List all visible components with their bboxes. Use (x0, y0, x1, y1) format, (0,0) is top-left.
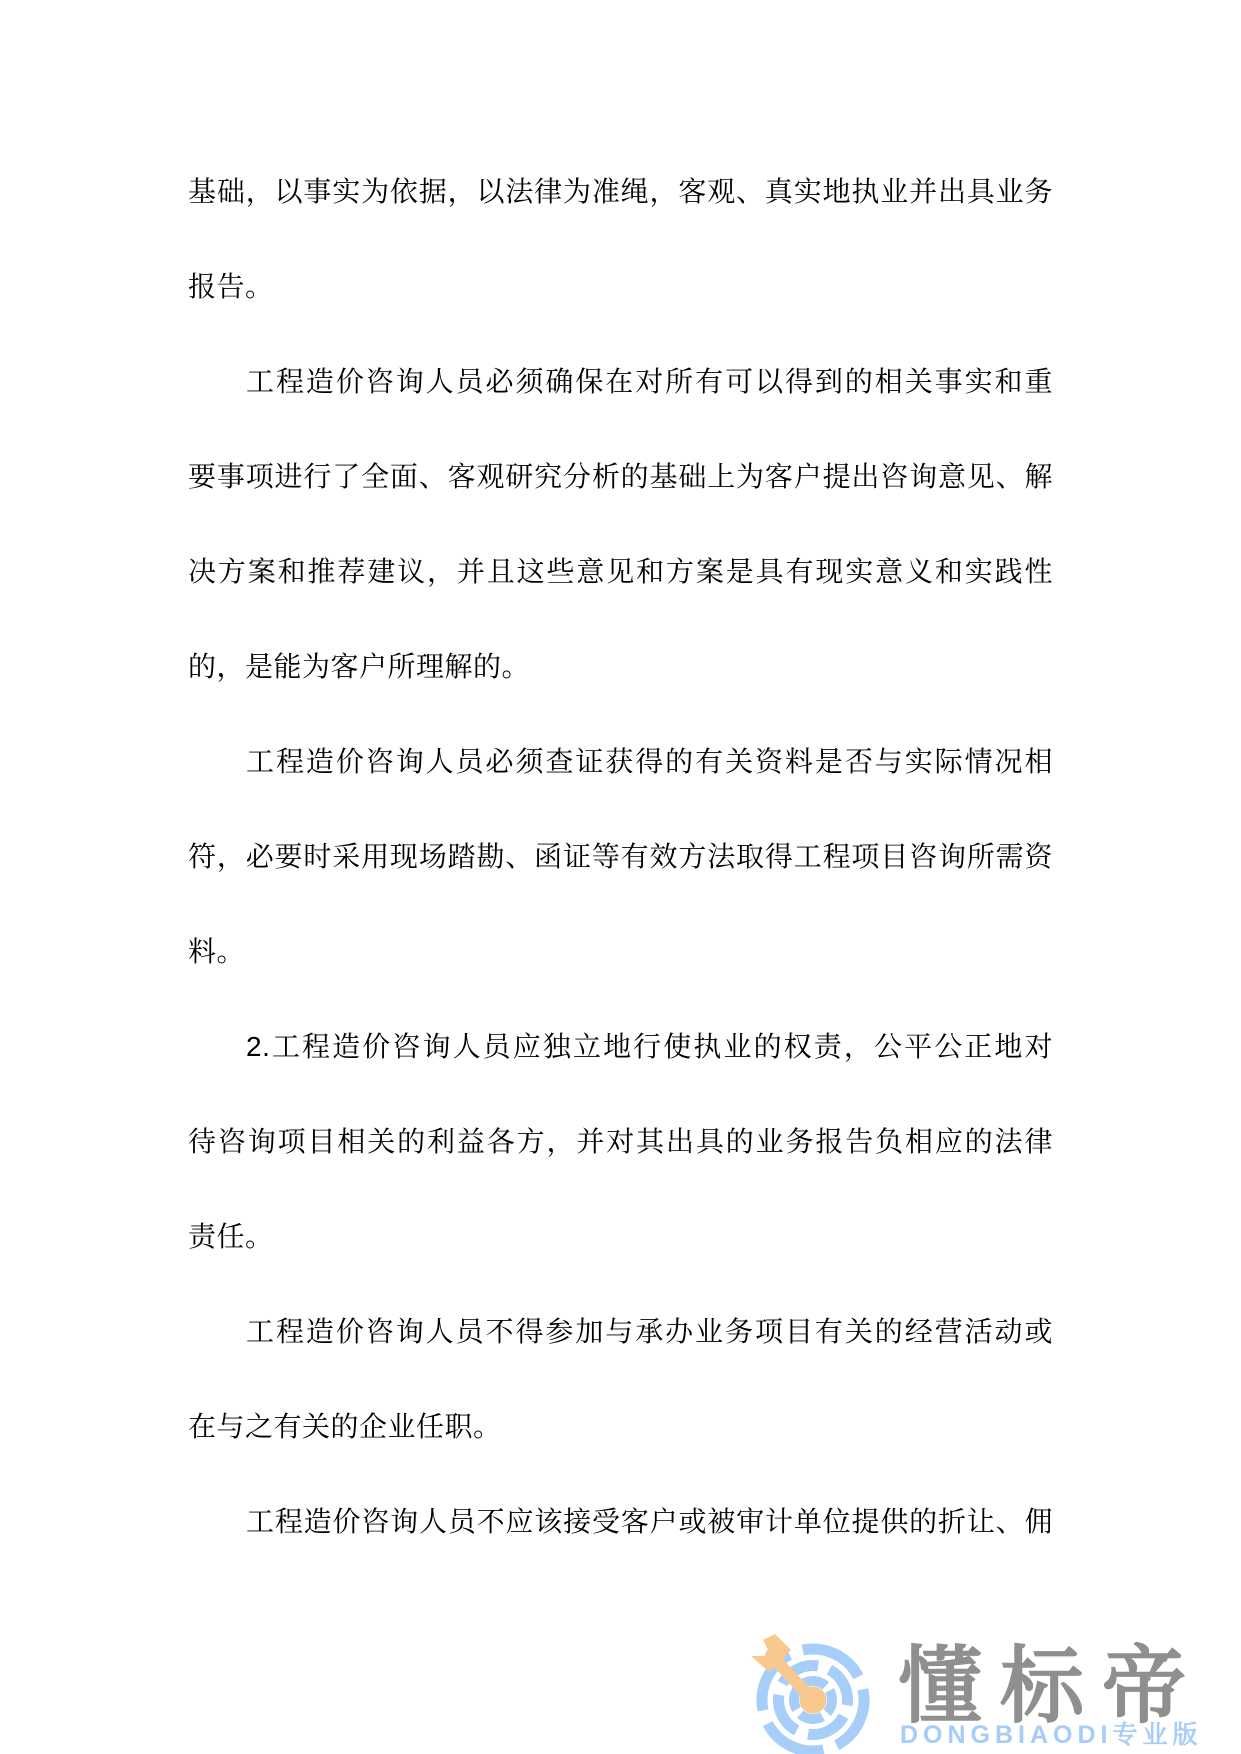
brand-name-cn: 懂标帝 (898, 1644, 1204, 1728)
text-line: 工程造价咨询人员必须查证获得的有关资料是否与实际情况相 (188, 714, 1053, 809)
text-line: 的，是能为客户所理解的。 (188, 619, 1053, 714)
brand-edition: 专业版 (1113, 1721, 1203, 1749)
text-line: 要事项进行了全面、客观研究分析的基础上为客户提出咨询意见、解 (188, 429, 1053, 524)
brand-name-en: DONGBIAODI专业版 (900, 1722, 1203, 1748)
text-line: 决方案和推荐建议，并且这些意见和方案是具有现实意义和实践性 (188, 524, 1053, 619)
brand-latin: DONGBIAODI (900, 1721, 1113, 1749)
text-line: 待咨询项目相关的利益各方，并对其出具的业务报告负相应的法律 (188, 1094, 1053, 1189)
document-body: 基础，以事实为依据，以法律为准绳，客观、真实地执业并出具业务报告。工程造价咨询人… (188, 144, 1053, 1569)
text-line: 责任。 (188, 1189, 1053, 1284)
document-page: 基础，以事实为依据，以法律为准绳，客观、真实地执业并出具业务报告。工程造价咨询人… (0, 0, 1241, 1754)
text-line: 工程造价咨询人员不应该接受客户或被审计单位提供的折让、佣 (188, 1474, 1053, 1569)
target-dart-icon (749, 1634, 873, 1754)
text-line: 料。 (188, 904, 1053, 999)
text-line: 报告。 (188, 239, 1053, 334)
text-line: 符，必要时采用现场踏勘、函证等有效方法取得工程项目咨询所需资 (188, 809, 1053, 904)
text-line: 2.工程造价咨询人员应独立地行使执业的权责，公平公正地对 (188, 999, 1053, 1094)
text-line: 工程造价咨询人员必须确保在对所有可以得到的相关事实和重 (188, 334, 1053, 429)
brand-watermark: 懂标帝 DONGBIAODI专业版 (742, 1630, 1222, 1754)
text-line: 工程造价咨询人员不得参加与承办业务项目有关的经营活动或 (188, 1284, 1053, 1379)
text-line: 在与之有关的企业任职。 (188, 1379, 1053, 1474)
text-line: 基础，以事实为依据，以法律为准绳，客观、真实地执业并出具业务 (188, 144, 1053, 239)
